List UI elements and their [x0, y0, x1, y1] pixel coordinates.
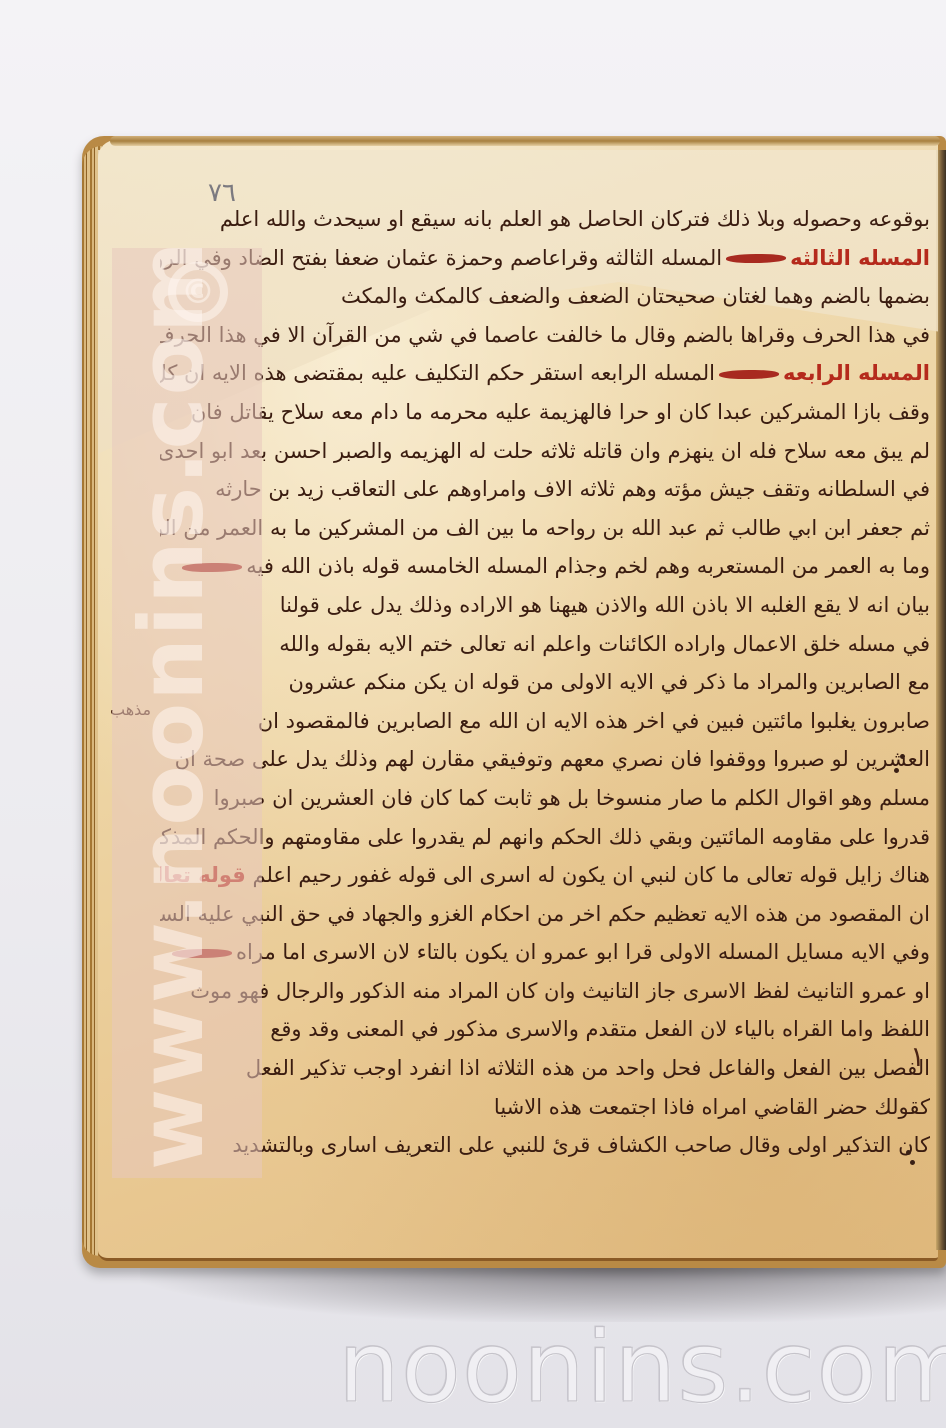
- text-line: المسله الرابعهالمسله الرابعه استقر حكم ا…: [160, 354, 930, 393]
- page-top-edge: [110, 136, 940, 146]
- text-line: او عمرو التانيث لفظ الاسرى جاز التانيث و…: [160, 972, 930, 1011]
- text-line: كقولك حضر القاضي امراه فاذا اجتمعت هذه ا…: [160, 1088, 930, 1127]
- text-line: المسله الثالثهالمسله الثالثه وقراعاصم وح…: [160, 239, 930, 278]
- text-line-body: هناك زايل قوله تعالى ما كان لنبي ان يكون…: [252, 863, 930, 887]
- text-line: هناك زايل قوله تعالى ما كان لنبي ان يكون…: [160, 856, 930, 895]
- text-line: صابرون يغلبوا مائتين فبين في اخر هذه الا…: [160, 702, 930, 741]
- text-line: الفصل بين الفعل والفاعل فحل واحد من هذه …: [160, 1049, 930, 1088]
- margin-note-right: ١: [910, 1040, 925, 1073]
- margin-dot: [900, 754, 905, 759]
- margin-dot: [894, 768, 899, 773]
- text-line: في السلطانه وتقف جيش مؤته وهم ثلاثه الاف…: [160, 470, 930, 509]
- rubric-stroke-icon: [726, 254, 786, 263]
- text-line: اللفظ واما القراه بالياء لان الفعل متقدم…: [160, 1010, 930, 1049]
- vertical-watermark-text: www.noonins.com: [120, 239, 223, 1170]
- rubric-heading: المسله الثالثه: [790, 246, 930, 270]
- margin-dot: [906, 1150, 911, 1155]
- text-line: وفي الايه مسايل المسله الاولى قرا ابو عم…: [160, 933, 930, 972]
- manuscript-text: بوقوعه وحصوله وبلا ذلك فتركان الحاصل هو …: [160, 200, 930, 1165]
- text-line-body: وفي الايه مسايل المسله الاولى قرا ابو عم…: [236, 940, 930, 964]
- text-line: العشرين لو صبروا ووقفوا فان نصري معهم وت…: [160, 740, 930, 779]
- footer-watermark: noonins.com: [338, 1318, 946, 1418]
- text-line: لم يبق معه سلاح فله ان ينهزم وان قاتله ث…: [160, 432, 930, 471]
- text-line: بيان انه لا يقع الغلبه الا باذن الله وال…: [160, 586, 930, 625]
- text-line: وما به العمر من المستعربه وهم لخم وجذام …: [160, 547, 930, 586]
- text-line: بوقوعه وحصوله وبلا ذلك فتركان الحاصل هو …: [160, 200, 930, 239]
- text-line: وقف بازا المشركين عبدا كان او حرا فالهزي…: [160, 393, 930, 432]
- text-line: في مسله خلق الاعمال واراده الكائنات واعل…: [160, 625, 930, 664]
- margin-dot: [910, 1160, 915, 1165]
- rubric-heading: المسله الرابعه: [783, 361, 930, 385]
- text-line: مع الصابرين والمراد ما ذكر في الايه الاو…: [160, 663, 930, 702]
- text-line-body: وما به العمر من المستعربه وهم لخم وجذام …: [246, 554, 930, 578]
- text-line: قدروا على مقاومه المائتين وبقي ذلك الحكم…: [160, 818, 930, 857]
- text-line: مسلم وهو اقوال الكلم ما صار منسوخا بل هو…: [160, 779, 930, 818]
- text-line: ثم جعفر ابن ابي طالب ثم عبد الله بن رواح…: [160, 509, 930, 548]
- text-line: ان المقصود من هذه الايه تعظيم حكم اخر من…: [160, 895, 930, 934]
- text-line: بضمها بالضم وهما لغتان صحيحتان الضعف وال…: [160, 277, 930, 316]
- text-line: كان التذكير اولى وقال صاحب الكشاف قرئ لل…: [160, 1126, 930, 1165]
- text-line: في هذا الحرف وقراها بالضم وقال ما خالفت …: [160, 316, 930, 355]
- rubric-stroke-icon: [719, 370, 779, 379]
